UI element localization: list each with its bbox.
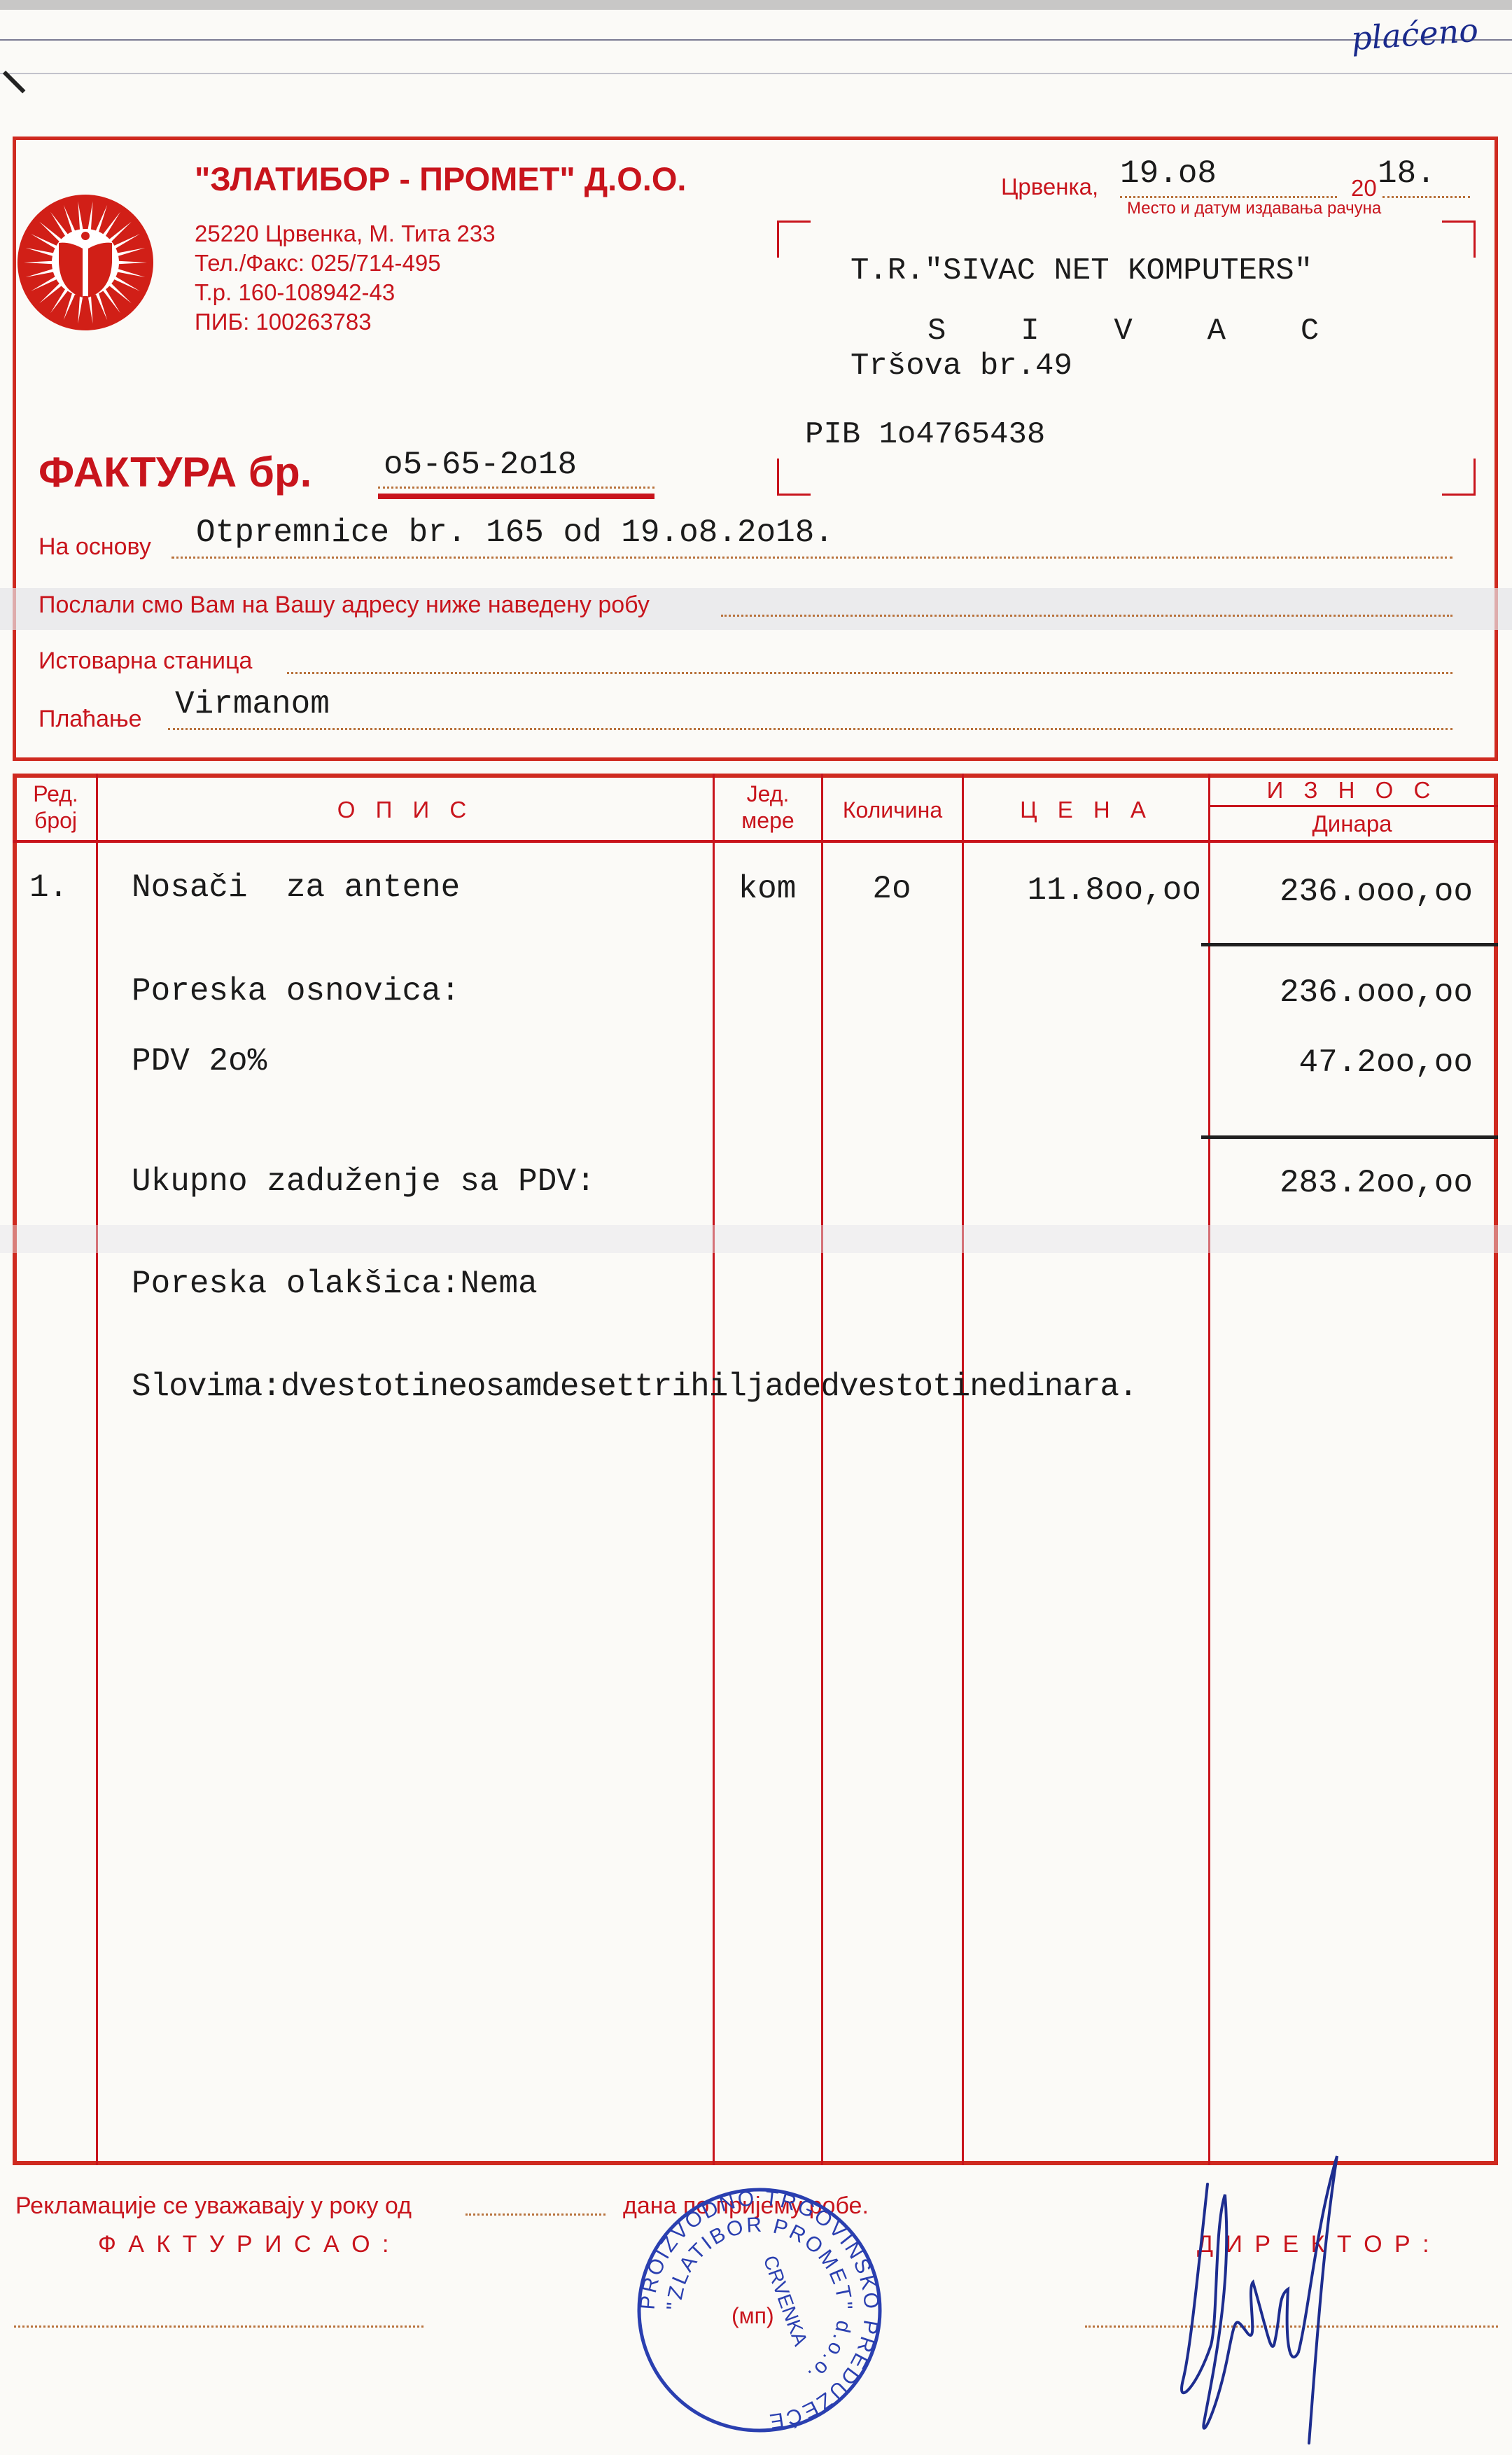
header-price: Ц Е Н А: [964, 797, 1209, 823]
summary-total-label: Ukupno zaduženje sa PDV:: [132, 1163, 596, 1200]
subtotal-rule: [1201, 943, 1498, 946]
row-price: 11.8oo,oo: [963, 872, 1201, 909]
invoice-number-underline: [378, 494, 654, 499]
scan-line: [0, 73, 1512, 74]
row-description: Nosači za antene: [132, 869, 460, 906]
field-label-basis: На основу: [38, 533, 151, 561]
header-unit: Јед. мере: [715, 781, 821, 834]
total-rule: [1201, 1135, 1498, 1139]
date-dotted-line: [1382, 196, 1470, 198]
company-name: "ЗЛАТИБОР - ПРОМЕТ" Д.О.О.: [195, 160, 686, 198]
director-signature-icon: [1148, 2142, 1372, 2450]
company-address: 25220 Црвенка, М. Тита 233: [195, 221, 496, 247]
buyer-street: Tršova br.49: [850, 349, 1072, 384]
svg-text:"ZLATIBOR PROMET" d.o.o.: "ZLATIBOR PROMET" d.o.o.: [663, 2213, 856, 2388]
header-currency: Динара: [1210, 811, 1494, 837]
summary-tax-base-label: Poreska osnovica:: [132, 973, 460, 1009]
header-no-line2: број: [15, 807, 96, 834]
row-unit: kom: [714, 871, 820, 907]
handwritten-note: plaćeno: [1350, 11, 1479, 58]
row-amount: 236.ooo,oo: [1210, 874, 1473, 910]
amount-header-divider: [1209, 805, 1498, 807]
scan-edge: [0, 0, 1512, 10]
field-dotted-line: [168, 728, 1452, 730]
summary-tax-base-amount: 236.ooo,oo: [1210, 974, 1473, 1011]
summary-tax-relief: Poreska olakšica:Nema: [132, 1266, 538, 1302]
header-no-line1: Ред.: [15, 781, 96, 807]
summary-total-amount: 283.2oo,oo: [1210, 1165, 1473, 1201]
field-value-basis[interactable]: Otpremnice br. 165 od 19.o8.2o18.: [196, 515, 834, 551]
buyer-pib: PIB 1o4765438: [805, 417, 1045, 452]
field-label-sent: Послали смо Вам на Вашу адресу ниже наве…: [38, 592, 650, 619]
issue-caption: Место и датум издавања рачуна: [1127, 199, 1381, 218]
header-quantity: Количина: [823, 797, 962, 823]
field-dotted-line: [287, 672, 1452, 674]
stamp-label: (мп): [731, 2303, 774, 2329]
header-amount: И З Н О С: [1210, 777, 1494, 804]
field-value-payment[interactable]: Virmanom: [175, 686, 330, 722]
sunburst-tulip-logo-icon: [15, 193, 155, 333]
complaints-days-field[interactable]: [465, 2213, 605, 2216]
invoiced-by-label: Ф А К Т У Р И С А О :: [98, 2231, 391, 2258]
invoiced-by-signature-line[interactable]: [14, 2325, 423, 2328]
col-divider: [713, 774, 715, 2165]
issue-date[interactable]: 19.o8: [1120, 155, 1217, 192]
bracket-corner: [777, 221, 811, 258]
header-unit-line1: Јед.: [715, 781, 821, 807]
invoice-title: ФАКТУРА бр.: [38, 448, 311, 496]
issue-place-label: Црвенка,: [1001, 174, 1098, 200]
col-divider: [821, 774, 823, 2165]
issue-year-prefix: 20: [1351, 175, 1377, 202]
field-label-payment: Плаћање: [38, 706, 142, 733]
header-description: О П И С: [98, 797, 713, 823]
header-unit-line2: мере: [715, 807, 821, 834]
bracket-corner: [1442, 221, 1476, 258]
row-no: 1.: [29, 869, 68, 906]
buyer-city: S I V A C: [927, 314, 1331, 349]
company-phone: Тел./Факс: 025/714-495: [195, 250, 441, 277]
company-account: Т.р. 160-108942-43: [195, 279, 395, 306]
table-header-divider: [13, 840, 1498, 843]
summary-in-words: Slovima:dvestotineosamdesettrihiljadedve…: [132, 1369, 1137, 1405]
date-dotted-line: [1120, 196, 1337, 198]
bracket-corner: [777, 459, 811, 496]
summary-vat-amount: 47.2oo,oo: [1210, 1044, 1473, 1081]
field-dotted-line: [171, 557, 1452, 559]
scan-fold: [0, 1225, 1512, 1253]
scan-line: [0, 39, 1512, 41]
buyer-name: T.R."SIVAC NET KOMPUTERS": [850, 253, 1312, 288]
issue-year[interactable]: 18.: [1378, 155, 1436, 192]
field-dotted-line: [721, 615, 1452, 617]
complaints-prefix: Рекламације се уважавају у року од: [15, 2192, 412, 2220]
col-divider: [962, 774, 964, 2165]
header-no: Ред. број: [15, 781, 96, 834]
svg-text:CRVENKA: CRVENKA: [759, 2253, 811, 2349]
row-quantity: 2o: [822, 871, 961, 907]
invoice-number[interactable]: o5-65-2o18: [384, 447, 577, 483]
company-pib: ПИБ: 100263783: [195, 309, 372, 335]
bracket-corner: [1442, 459, 1476, 496]
col-divider: [96, 774, 98, 2165]
field-label-unloading: Истоварна станица: [38, 648, 252, 675]
invoice-number-dotted: [378, 487, 654, 489]
summary-vat-label: PDV 2o%: [132, 1043, 267, 1079]
